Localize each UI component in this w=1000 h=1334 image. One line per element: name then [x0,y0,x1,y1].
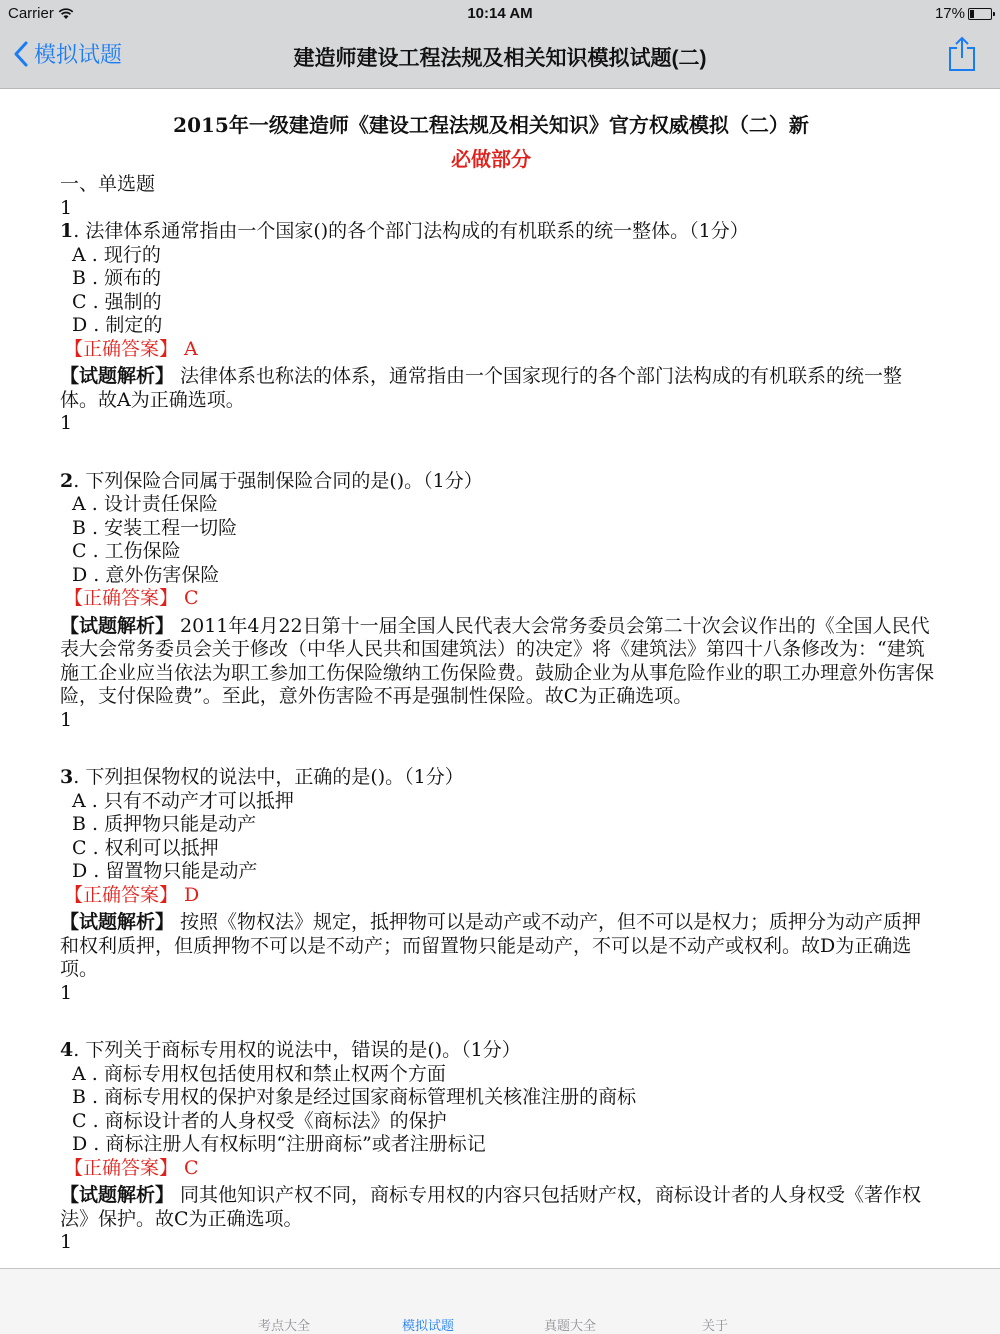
correct-answer-label: 【正确答案】 [64,884,178,906]
analysis: 【试题解析】法律体系也称法的体系，通常指由一个国家现行的各个部门法构成的有机联系… [60,365,940,412]
analysis-label: 【试题解析】 [60,365,174,387]
answer-option: D . 留置物只能是动产 [60,860,940,884]
answer-option: D . 意外伤害保险 [60,564,940,588]
answer-option: B . 商标专用权的保护对象是经过国家商标管理机关核准注册的商标 [60,1086,940,1110]
index-marker: 1 [60,1231,940,1255]
tab-bar: 考点大全 模拟试题 真题大全 关于 [0,1268,1000,1334]
answer-option: A . 现行的 [60,244,940,268]
correct-answer-label: 【正确答案】 [64,587,178,609]
analysis-label: 【试题解析】 [60,615,174,637]
analysis-label: 【试题解析】 [60,1184,174,1206]
tab-kaodian[interactable]: 考点大全 [258,1315,310,1334]
index-marker: 1 [60,412,940,436]
answer-option: C . 权利可以抵押 [60,837,940,861]
page-title: 建造师建设工程法规及相关知识模拟试题(二) [0,42,1000,72]
analysis-label: 【试题解析】 [60,911,174,933]
question-text: 3. 下列担保物权的说法中，正确的是()。（1分） [60,766,940,790]
question-text: 2. 下列保险合同属于强制保险合同的是()。（1分） [60,470,940,494]
index-marker: 1 [60,197,940,221]
tab-moni[interactable]: 模拟试题 [402,1315,454,1334]
question-stem: . 下列担保物权的说法中，正确的是()。（1分） [73,766,464,788]
question-number: 3 [60,766,73,788]
answer-option: A . 设计责任保险 [60,493,940,517]
correct-answer-label: 【正确答案】 [64,338,178,360]
answer-option: C . 商标设计者的人身权受《商标法》的保护 [60,1110,940,1134]
section-heading: 必做部分 [42,148,940,172]
top-bar: Carrier 10:14 AM 17% 模拟试题 建造师建设工程法规及相关知识… [0,0,1000,89]
index-marker: 1 [60,982,940,1006]
question-block: 4. 下列关于商标专用权的说法中，错误的是()。（1分）A . 商标专用权包括使… [60,1005,940,1255]
answer-option: D . 商标注册人有权标明“注册商标”或者注册标记 [60,1133,940,1157]
answer-option: A . 商标专用权包括使用权和禁止权两个方面 [60,1063,940,1087]
analysis-text: 同其他知识产权不同，商标专用权的内容只包括财产权，商标设计者的人身权受《著作权法… [60,1184,921,1230]
question-block: 3. 下列担保物权的说法中，正确的是()。（1分）A . 只有不动产才可以抵押B… [60,732,940,1005]
correct-answer-value: D [184,884,199,906]
battery-icon [968,8,992,20]
spacer [60,1005,940,1039]
clock: 10:14 AM [0,5,1000,22]
document-title: 2015年一级建造师《建设工程法规及相关知识》官方权威模拟（二）新 [42,114,940,138]
answer-option: B . 颁布的 [60,267,940,291]
index-marker: 1 [60,709,940,733]
correct-answer: 【正确答案】D [60,884,940,908]
correct-answer: 【正确答案】C [60,1157,940,1181]
question-stem: . 下列关于商标专用权的说法中，错误的是()。（1分） [73,1039,521,1061]
question-text: 1. 法律体系通常指由一个国家()的各个部门法构成的有机联系的统一整体。（1分） [60,220,940,244]
battery-percent: 17% [935,5,965,22]
share-icon [948,36,976,72]
correct-answer-label: 【正确答案】 [64,1157,178,1179]
document-content: 2015年一级建造师《建设工程法规及相关知识》官方权威模拟（二）新 必做部分 一… [60,100,940,1255]
answer-option: C . 强制的 [60,291,940,315]
navigation-bar: 模拟试题 建造师建设工程法规及相关知识模拟试题(二) [0,28,1000,88]
analysis-text: 法律体系也称法的体系，通常指由一个国家现行的各个部门法构成的有机联系的统一整体。… [60,365,902,411]
correct-answer-value: C [184,1157,199,1179]
question-block: 2. 下列保险合同属于强制保险合同的是()。（1分）A . 设计责任保险B . … [60,436,940,733]
spacer [60,436,940,470]
answer-option: B . 质押物只能是动产 [60,813,940,837]
correct-answer-value: A [184,338,198,360]
analysis: 【试题解析】2011年4月22日第十一届全国人民代表大会常务委员会第二十次会议作… [60,615,940,709]
question-type-heading: 一、单选题 [60,173,940,197]
analysis-text: 2011年4月22日第十一届全国人民代表大会常务委员会第二十次会议作出的《全国人… [60,615,934,708]
spacer [60,732,940,766]
correct-answer-value: C [184,587,199,609]
tab-about[interactable]: 关于 [702,1315,728,1334]
question-stem: . 下列保险合同属于强制保险合同的是()。（1分） [73,470,483,492]
answer-option: C . 工伤保险 [60,540,940,564]
status-bar: Carrier 10:14 AM 17% [0,0,1000,28]
answer-option: A . 只有不动产才可以抵押 [60,790,940,814]
answer-option: D . 制定的 [60,314,940,338]
question-number: 2 [60,470,73,492]
correct-answer: 【正确答案】A [60,338,940,362]
analysis-text: 按照《物权法》规定，抵押物可以是动产或不动产，但不可以是权力；质押分为动产质押和… [60,911,921,980]
analysis: 【试题解析】同其他知识产权不同，商标专用权的内容只包括财产权，商标设计者的人身权… [60,1184,940,1231]
battery-indicator: 17% [935,5,992,22]
share-button[interactable] [948,36,976,77]
question-stem: . 法律体系通常指由一个国家()的各个部门法构成的有机联系的统一整体。（1分） [73,220,749,242]
question-number: 4 [60,1039,73,1061]
tab-zhenti[interactable]: 真题大全 [544,1315,596,1334]
analysis: 【试题解析】按照《物权法》规定，抵押物可以是动产或不动产，但不可以是权力；质押分… [60,911,940,982]
question-text: 4. 下列关于商标专用权的说法中，错误的是()。（1分） [60,1039,940,1063]
question-list: 1. 法律体系通常指由一个国家()的各个部门法构成的有机联系的统一整体。（1分）… [60,220,940,1255]
answer-option: B . 安装工程一切险 [60,517,940,541]
question-block: 1. 法律体系通常指由一个国家()的各个部门法构成的有机联系的统一整体。（1分）… [60,220,940,436]
correct-answer: 【正确答案】C [60,587,940,611]
question-number: 1 [60,220,73,242]
